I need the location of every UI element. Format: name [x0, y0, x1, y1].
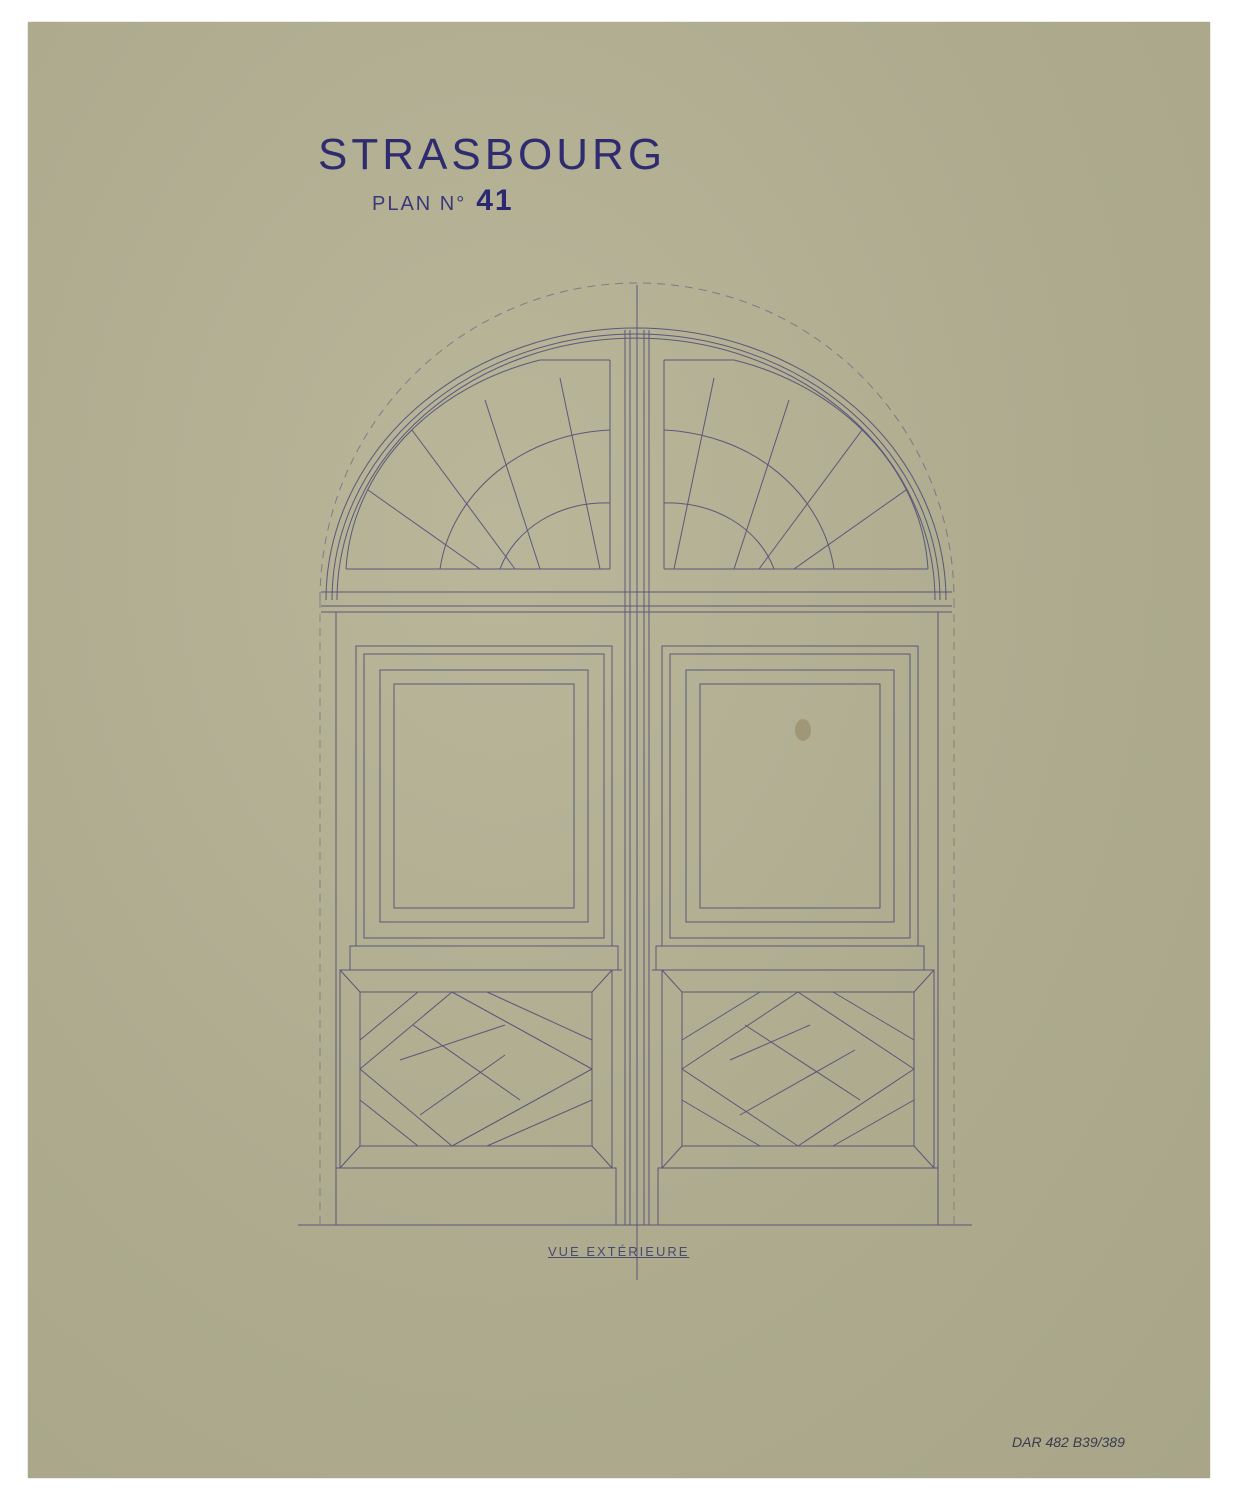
left-lower-panel — [336, 970, 616, 1225]
right-lower-panel — [658, 970, 938, 1225]
right-upper-panel — [652, 646, 930, 970]
view-caption: VUE EXTÉRIEURE — [548, 1244, 689, 1259]
right-fanlight — [664, 360, 928, 569]
left-fanlight — [346, 360, 610, 569]
archive-reference: DAR 482 B39/389 — [1012, 1434, 1125, 1450]
left-upper-panel — [345, 646, 622, 970]
door-elevation-drawing — [0, 0, 1238, 1500]
paper-stain — [795, 719, 811, 741]
